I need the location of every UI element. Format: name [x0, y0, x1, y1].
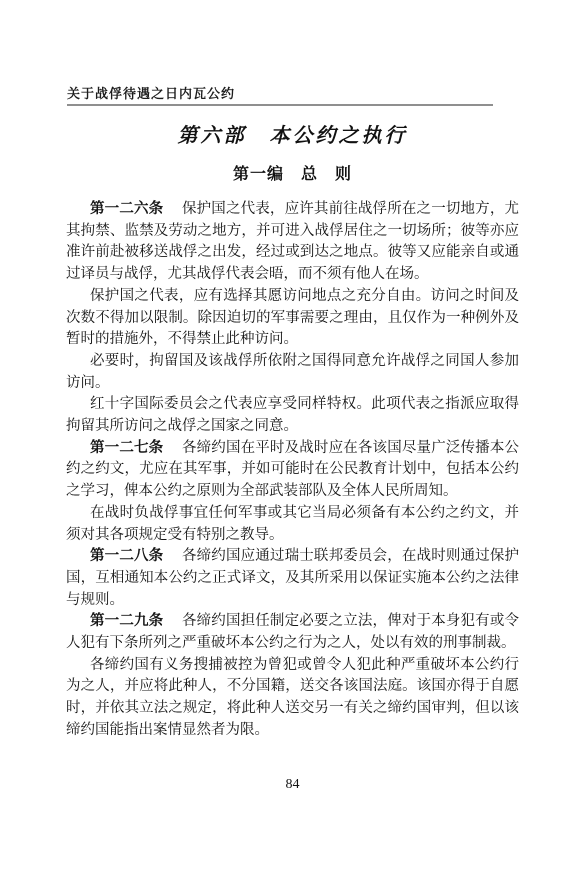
- part-title: 第六部 本公约之执行: [66, 119, 519, 148]
- paragraph: 第一二六条 保护国之代表，应许其前往战俘所在之一切地方，尤其拘禁、监禁及劳动之地…: [66, 199, 519, 286]
- paragraph: 保护国之代表，应有选择其愿访问地点之充分自由。访问之时间及次数不得加以限制。除因…: [66, 286, 519, 351]
- paragraph: 第一二九条 各缔约国担任制定必要之立法，俾对于本身犯有或令人犯有下条所列之严重破…: [66, 611, 519, 654]
- paragraph: 各缔约国有义务搜捕被控为曾犯或曾令人犯此种严重破坏本公约行为之人，并应将此种人，…: [66, 655, 519, 742]
- paragraph: 在战时负战俘事宜任何军事或其它当局必须备有本公约之约文，并须对其各项规定受有特别…: [66, 503, 519, 546]
- article-number: 第一二九条: [90, 613, 163, 629]
- document-page: 关于战俘待遇之日内瓦公约 第六部 本公约之执行 第一编 总 则 第一二六条 保护…: [0, 0, 586, 869]
- running-header: 关于战俘待遇之日内瓦公约: [67, 83, 235, 102]
- article-number: 第一二七条: [90, 440, 163, 456]
- paragraph: 第一二七条 各缔约国在平时及战时应在各该国尽量广泛传播本公约之约文，尤应在其军事…: [66, 438, 519, 503]
- paragraph: 必要时，拘留国及该战俘所依附之国得同意允许战俘之同国人参加访问。: [66, 351, 519, 394]
- body-text: 第一二六条 保护国之代表，应许其前往战俘所在之一切地方，尤其拘禁、监禁及劳动之地…: [66, 199, 519, 742]
- header-rule: [67, 104, 493, 106]
- section-title: 第一编 总 则: [66, 161, 519, 184]
- article-number: 第一二八条: [90, 548, 163, 564]
- page-number: 84: [66, 777, 519, 793]
- paragraph: 红十字国际委员会之代表应享受同样特权。此项代表之指派应取得拘留其所访问之战俘之国…: [66, 394, 519, 437]
- article-number: 第一二六条: [90, 201, 163, 217]
- paragraph: 第一二八条 各缔约国应通过瑞士联邦委员会，在战时则通过保护国，互相通知本公约之正…: [66, 546, 519, 611]
